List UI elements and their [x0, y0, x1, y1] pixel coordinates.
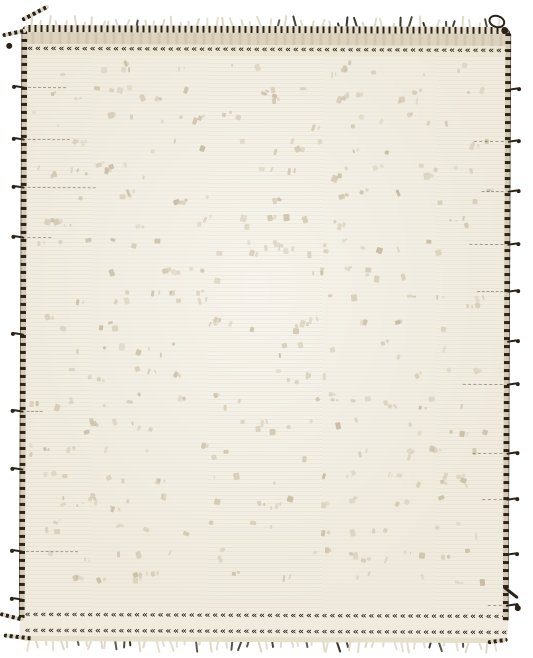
pile-speckle [134, 366, 141, 372]
pile-speckle [127, 85, 132, 90]
pile-speckle [428, 172, 435, 178]
pile-speckle [178, 66, 181, 71]
pile-speckle [409, 112, 413, 116]
pile-speckle [43, 472, 47, 477]
pile-speckle [462, 215, 466, 221]
pile-speckle [426, 240, 432, 244]
pile-speckle [159, 97, 163, 101]
weft-guide-line [463, 384, 503, 385]
pile-speckle [184, 199, 187, 202]
pile-speckle [331, 72, 333, 78]
pile-speckle [474, 302, 479, 308]
pile-speckle [293, 168, 295, 173]
pile-speckle [79, 196, 83, 200]
pile-speckle [109, 88, 115, 94]
pile-speckle [336, 96, 343, 104]
pile-speckle [87, 559, 89, 562]
pile-speckle [145, 449, 148, 453]
pile-speckle [372, 529, 375, 534]
pile-speckle [36, 401, 39, 406]
pile-speckle [82, 300, 85, 305]
pile-speckle [423, 72, 427, 77]
pile-speckle [481, 294, 485, 299]
pile-speckle [54, 528, 60, 533]
pile-speckle [249, 327, 254, 333]
pile-speckle [241, 420, 245, 424]
pile-speckle [347, 475, 350, 479]
pile-speckle [411, 90, 417, 96]
tassel-knot [12, 185, 16, 189]
pile-speckle [418, 406, 422, 411]
pile-speckle [270, 217, 273, 221]
pile-speckle [304, 88, 308, 91]
pile-speckle [419, 372, 422, 375]
pile-speckle [415, 98, 418, 105]
pile-speckle [355, 575, 358, 579]
pile-speckle [135, 551, 142, 559]
pile-speckle [250, 520, 256, 525]
pile-speckle [467, 91, 471, 95]
pile-speckle [442, 295, 444, 298]
side-tassel [12, 83, 25, 92]
tassel-cord [13, 549, 23, 553]
pile-speckle [281, 342, 287, 348]
pile-speckle [255, 251, 260, 256]
pile-speckle [160, 353, 163, 358]
pile-speckle [53, 91, 55, 94]
pile-speckle [200, 269, 205, 274]
pile-speckle [223, 405, 226, 412]
pile-speckle [327, 530, 331, 535]
pile-speckle [344, 193, 349, 197]
weft-guide-line [27, 411, 43, 412]
pile-speckle [463, 473, 466, 476]
pile-speckle [217, 556, 223, 563]
pile-speckle [396, 473, 402, 478]
pile-speckle [32, 111, 37, 114]
pile-speckle [60, 502, 66, 507]
pile-speckle [365, 188, 368, 191]
pile-speckle [205, 444, 209, 449]
pile-speckle [350, 529, 357, 537]
pile-speckle [428, 396, 434, 401]
pile-speckle [126, 61, 129, 66]
pile-speckle [312, 271, 315, 276]
pile-speckle [158, 291, 160, 295]
pile-speckle [441, 327, 447, 333]
pile-speckle [318, 126, 321, 131]
pile-speckle [176, 271, 180, 275]
pile-speckle [154, 369, 157, 374]
pile-speckle [167, 267, 171, 271]
pile-speckle [410, 552, 412, 555]
pile-speckle [51, 470, 57, 476]
pile-speckle [287, 495, 294, 502]
pile-speckle [418, 88, 422, 92]
pile-speckle [358, 451, 362, 457]
pile-speckle [376, 247, 384, 255]
pile-speckle [119, 195, 125, 200]
pile-speckle [68, 401, 73, 405]
pile-speckle [384, 556, 389, 563]
pile-speckle [69, 224, 71, 226]
top-right-knot [501, 27, 508, 34]
pile-speckle [83, 429, 90, 434]
pile-speckle [411, 449, 415, 454]
pile-speckle [137, 425, 141, 430]
pile-speckle [315, 316, 319, 321]
pile-speckle [331, 399, 334, 402]
pile-speckle [473, 198, 478, 203]
pile-speckle [85, 238, 91, 244]
pile-speckle [379, 164, 384, 168]
pile-speckle [168, 550, 172, 556]
pile-speckle [70, 167, 73, 173]
pile-speckle [446, 367, 452, 373]
pile-speckle [97, 377, 101, 381]
pile-speckle [38, 241, 41, 246]
pile-speckle [313, 550, 318, 555]
pile-speckle [222, 112, 227, 116]
pile-speckle [196, 290, 200, 295]
pile-speckle [300, 146, 305, 152]
pile-speckle [279, 353, 282, 358]
pile-speckle [351, 475, 353, 478]
pile-speckle [126, 401, 132, 405]
pile-speckle [426, 121, 430, 127]
pile-speckle [380, 341, 384, 346]
pile-speckle [130, 115, 134, 120]
pile-speckle [342, 222, 346, 227]
pile-speckle [335, 72, 337, 76]
pile-speckle [365, 267, 371, 272]
pile-speckle [126, 499, 130, 504]
pile-speckle [135, 224, 141, 229]
pile-speckle [102, 577, 106, 582]
pile-speckle [217, 393, 221, 397]
pile-speckle [293, 328, 299, 334]
pile-speckle [209, 520, 214, 525]
pile-speckle [161, 120, 164, 124]
pile-speckle [137, 392, 141, 397]
tassel-knot [12, 85, 16, 89]
pile-speckle [151, 290, 155, 296]
pile-speckle [288, 574, 291, 579]
pile-speckle [84, 172, 88, 176]
pile-speckle [258, 167, 264, 172]
pile-speckle [211, 454, 217, 460]
side-tassel [506, 550, 519, 559]
pile-speckle [128, 67, 130, 72]
pile-speckle [466, 304, 469, 308]
pile-speckle [385, 339, 389, 343]
right-selvedge-stitching [503, 33, 512, 621]
pile-speckle [297, 341, 304, 348]
pile-speckle [239, 138, 245, 144]
pile-speckle [231, 63, 234, 66]
side-tassel [508, 187, 521, 196]
pile-speckle [44, 314, 50, 321]
pile-speckle [434, 526, 439, 531]
pile-speckle [360, 92, 364, 96]
pile-speckle [131, 243, 137, 249]
pile-speckle [101, 161, 105, 165]
pile-speckle [237, 571, 240, 574]
pile-speckle [277, 97, 281, 102]
pile-speckle [283, 248, 289, 254]
pile-speckle [214, 277, 221, 284]
pile-speckle [141, 225, 145, 228]
pile-speckle [30, 401, 35, 408]
side-tassel [507, 287, 520, 296]
tassel-knot [10, 549, 14, 553]
pile-speckle [56, 124, 58, 127]
pile-speckle [478, 369, 483, 374]
pile-speckle [359, 114, 365, 120]
pile-speckle [328, 294, 332, 298]
tassel-knot [517, 139, 521, 143]
tassel-cord [15, 85, 25, 89]
pile-speckle [179, 115, 184, 120]
rug-field [20, 54, 510, 613]
side-tassel [508, 85, 521, 94]
side-tassel [10, 465, 23, 474]
pile-speckle [121, 478, 124, 484]
side-tassel [507, 380, 520, 389]
pile-speckle [294, 379, 299, 384]
pile-speckle [270, 525, 273, 530]
pile-speckle [69, 368, 75, 371]
pile-speckle [103, 404, 107, 408]
pile-speckle [356, 149, 359, 152]
side-tassel [506, 495, 519, 504]
pile-speckle [247, 240, 250, 245]
pile-speckle [320, 530, 325, 537]
weft-guide-line [474, 141, 504, 142]
weft-guide-line [472, 453, 502, 454]
pile-speckle [456, 68, 460, 72]
pile-speckle [117, 551, 120, 557]
pile-speckle [384, 150, 389, 155]
pile-speckle [465, 432, 469, 437]
pile-speckle [302, 215, 309, 223]
side-tassel [12, 135, 25, 144]
pile-speckle [93, 497, 96, 500]
pile-speckle [183, 86, 189, 94]
weft-guide-line [28, 139, 70, 140]
pile-speckle [264, 245, 268, 251]
pile-speckle [449, 430, 452, 434]
pile-speckle [444, 482, 447, 485]
pile-speckle [163, 480, 166, 483]
pile-speckle [353, 552, 359, 559]
side-tassel [12, 183, 25, 192]
pile-speckle [113, 299, 117, 305]
pile-speckle [455, 219, 457, 222]
pile-speckle [52, 170, 58, 177]
pile-speckle [277, 196, 281, 201]
pile-speckle [273, 215, 277, 219]
pile-speckle [208, 321, 212, 327]
tassel-knot [11, 235, 15, 239]
pile-speckle [368, 571, 372, 577]
pile-speckle [337, 173, 341, 178]
pile-speckle [404, 550, 407, 554]
pile-speckle [460, 404, 463, 409]
pile-speckle [132, 577, 138, 584]
side-tassel [10, 547, 23, 556]
pile-speckle [111, 325, 117, 332]
tassel-cord [15, 185, 25, 189]
tassel-knot [516, 382, 520, 386]
pile-speckle [464, 483, 468, 489]
pile-speckle [62, 496, 65, 500]
side-tassel [11, 330, 24, 339]
pile-speckle [79, 97, 82, 100]
pile-speckle [323, 243, 327, 248]
pile-speckle [469, 167, 474, 173]
pile-speckle [203, 216, 208, 223]
side-tassel [508, 137, 521, 146]
pile-speckle [240, 215, 247, 223]
pile-speckle [37, 165, 41, 170]
pile-speckle [47, 448, 50, 451]
pile-speckle [66, 446, 72, 453]
pile-speckle [155, 571, 159, 575]
pile-speckle [182, 396, 186, 401]
tassel-cord [13, 467, 23, 471]
pile-speckle [320, 270, 324, 275]
pile-speckle [406, 454, 411, 461]
tassel-knot [12, 137, 16, 141]
pile-speckle [459, 430, 464, 437]
pile-speckle [290, 138, 295, 145]
pile-speckle [418, 164, 423, 168]
pile-speckle [76, 504, 78, 507]
pile-speckle [108, 269, 115, 277]
pile-speckle [84, 557, 86, 561]
pile-speckle [219, 318, 222, 322]
pile-speckle [135, 348, 142, 355]
pile-speckle [480, 578, 486, 585]
pile-speckle [447, 555, 451, 560]
pile-speckle [161, 493, 163, 499]
tassel-knot [517, 87, 521, 91]
pile-speckle [112, 112, 117, 117]
pile-speckle [120, 524, 124, 527]
pile-speckle [417, 430, 422, 436]
pile-speckle [465, 549, 470, 554]
pile-speckle [273, 149, 278, 156]
tassel-knot [11, 409, 15, 413]
pile-speckle [449, 219, 452, 223]
pile-speckle [352, 149, 355, 153]
pile-speckle [228, 321, 233, 328]
pile-speckle [117, 507, 121, 512]
pile-speckle [311, 124, 316, 131]
pile-speckle [29, 452, 33, 457]
pile-speckle [143, 527, 150, 533]
rug-body: ««««««««««««««««««««««««««««««««««««««««… [20, 25, 511, 643]
pile-speckle [282, 575, 285, 582]
pile-speckle [438, 495, 445, 501]
pile-speckle [112, 418, 118, 425]
weft-guide-line [488, 605, 502, 606]
tassel-knot [517, 189, 521, 193]
pile-speckle [474, 295, 480, 303]
pile-speckle [148, 427, 153, 432]
pile-speckle [147, 346, 150, 350]
pile-speckle [110, 238, 116, 243]
pile-speckle [119, 343, 125, 350]
pile-speckle [123, 297, 130, 305]
pile-speckle [103, 346, 107, 350]
tassel-cord [15, 137, 25, 141]
pile-speckle [123, 162, 127, 168]
pile-speckle [299, 319, 305, 327]
pile-speckle [279, 502, 281, 506]
pile-speckle [228, 110, 231, 113]
pile-speckle [436, 294, 438, 299]
pile-speckle [321, 473, 326, 480]
pile-speckle [264, 503, 267, 506]
pile-speckle [256, 501, 261, 506]
pile-speckle [315, 396, 320, 402]
pile-speckle [192, 118, 198, 126]
pile-speckle [403, 499, 410, 506]
pile-speckle [63, 224, 66, 227]
pile-speckle [433, 167, 438, 172]
pile-speckle [232, 572, 236, 576]
pile-speckle [198, 145, 205, 153]
pile-speckle [105, 475, 111, 481]
pile-speckle [94, 422, 99, 427]
pile-speckle [364, 273, 369, 277]
pile-speckle [261, 420, 264, 427]
pile-speckle [265, 419, 268, 424]
rug-product-photo: ««««««««««««««««««««««««««««««««««««««««… [0, 0, 533, 658]
pile-speckle [76, 168, 79, 173]
pile-speckle [276, 369, 282, 374]
side-tassel [11, 407, 24, 416]
pile-speckle [139, 578, 143, 583]
pile-speckle [374, 275, 380, 282]
pile-speckle [216, 251, 222, 256]
pile-speckle [94, 86, 101, 91]
pile-speckle [460, 581, 464, 584]
pile-speckle [121, 67, 127, 74]
pile-speckle [94, 499, 98, 505]
pile-speckle [366, 448, 369, 454]
tassel-knot [515, 451, 519, 455]
pile-speckle [412, 296, 416, 298]
pile-speckle [400, 273, 406, 281]
pile-speckle [479, 86, 485, 94]
tassel-knot [10, 467, 14, 471]
pile-speckle [435, 249, 442, 256]
pile-speckle [350, 295, 356, 302]
pile-speckle [286, 378, 290, 382]
pile-speckle [328, 548, 332, 553]
pile-speckle [200, 290, 204, 294]
pile-speckle [396, 354, 401, 360]
pile-speckle [273, 481, 276, 485]
pile-speckle [359, 190, 364, 195]
tassel-knot [515, 497, 519, 501]
pile-speckle [62, 474, 67, 478]
pile-speckle [336, 399, 339, 401]
pile-speckle [147, 369, 151, 376]
